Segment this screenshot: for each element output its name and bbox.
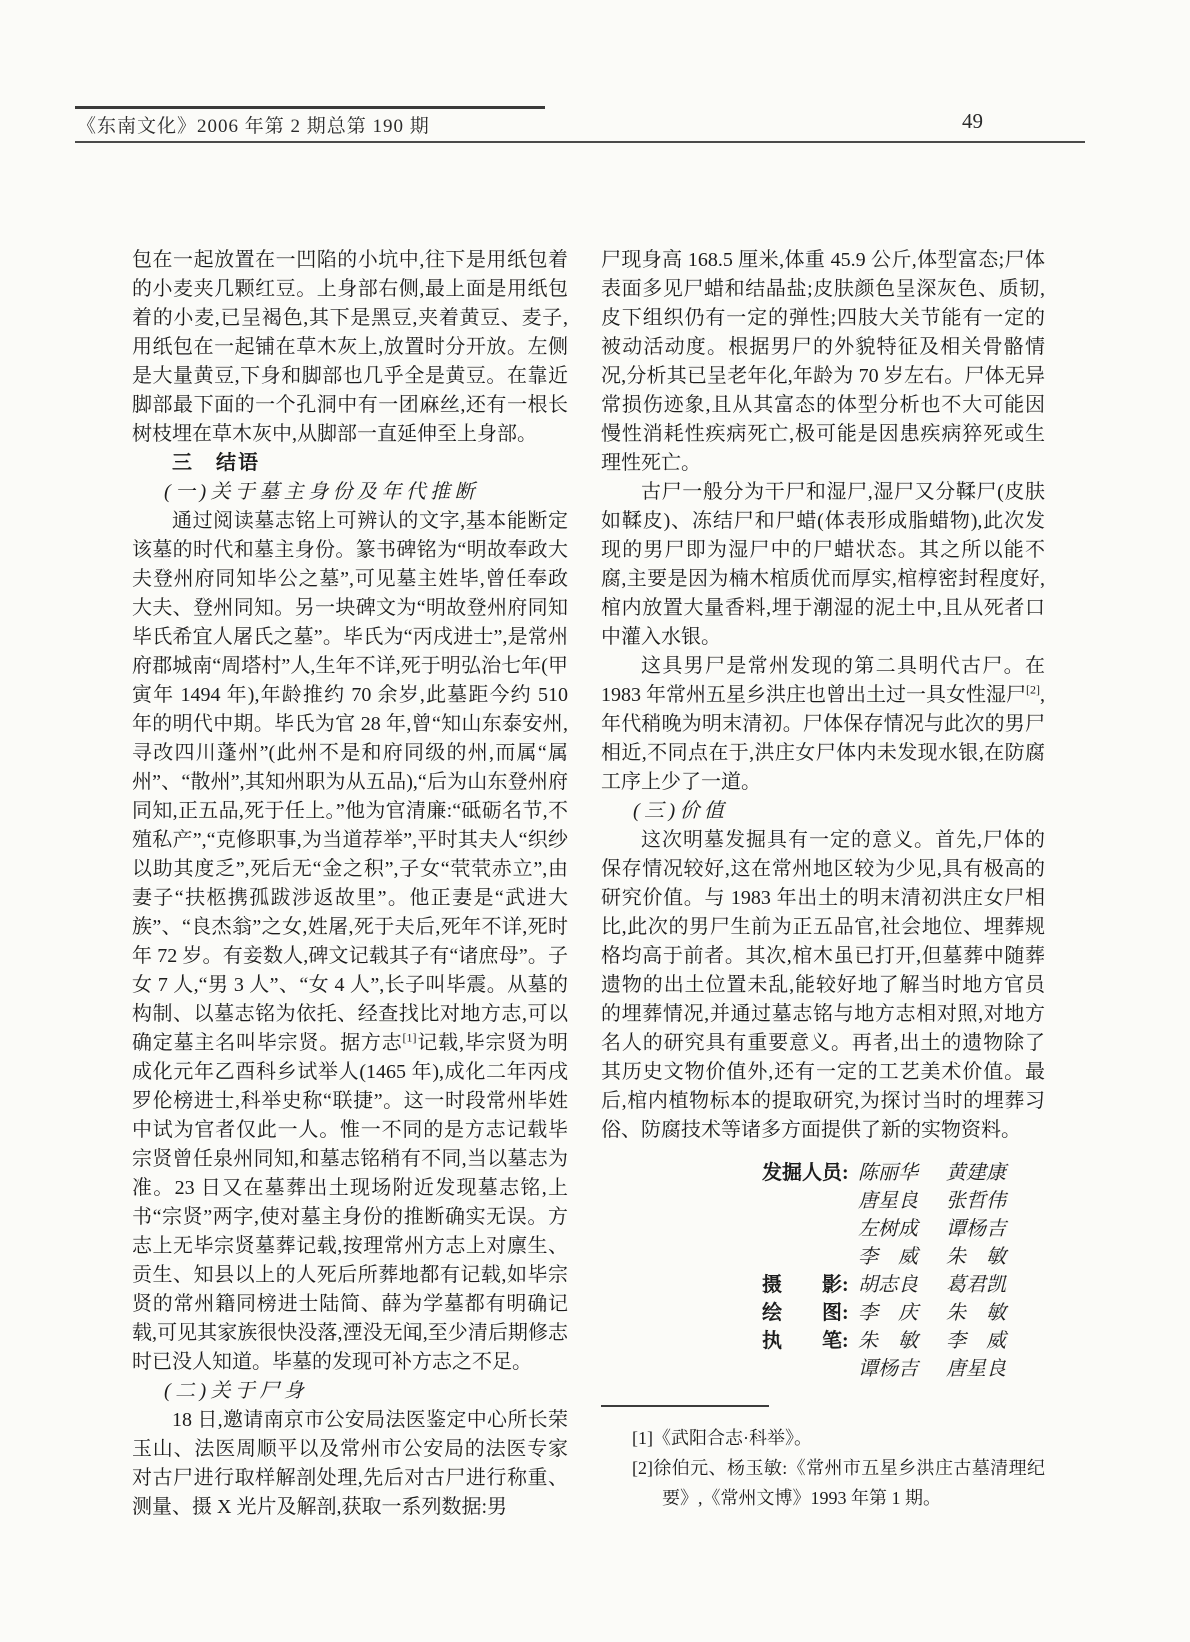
footnote-reference: [2] [1026,682,1040,696]
text-run: 通过阅读墓志铭上可辨认的文字,基本能断定该墓的时代和墓主身份。篆书碑铭为“明故奉… [132,510,568,1054]
credits-block: 发掘人员:陈丽华黄建康唐星良张哲伟左树成谭杨吉李 威朱 敏摄 影:胡志良葛君凯绘… [762,1159,1045,1383]
credit-person-name: 陈丽华 [858,1159,924,1187]
credit-row: 绘 图:李 庆朱 敏 [762,1299,1045,1327]
journal-issue-info: 《东南文化》2006 年第 2 期总第 190 期 [77,111,430,138]
text-run: (一)关于墓主身份及年代推断 [164,481,479,503]
credit-person-name: 葛君凯 [946,1271,1012,1299]
credit-person-name: 李 庆 [858,1299,924,1327]
credit-row: 左树成谭杨吉 [762,1215,1045,1243]
credit-person-name: 李 威 [946,1327,1012,1355]
footnote-separator-rule [601,1405,769,1407]
subsection-heading: (一)关于墓主身份及年代推断 [132,478,568,507]
credit-person-name: 朱 敏 [946,1243,1012,1271]
page-number: 49 [962,109,983,134]
header-bottom-rule [75,141,1085,143]
credit-role-label: 执 笔: [762,1327,858,1355]
credit-person-name: 黄建康 [946,1159,1012,1187]
column-right: 尸现身高 168.5 厘米,体重 45.9 公斤,体型富态;尸体表面多见尸蜡和结… [601,246,1045,1513]
section-heading: 三 结语 [132,449,568,478]
credit-role-label [762,1243,858,1271]
credit-role-label: 摄 影: [762,1271,858,1299]
text-run: 这次明墓发掘具有一定的意义。首先,尸体的保存情况较好,这在常州地区较为少见,具有… [601,829,1045,1141]
text-run: 包在一起放置在一凹陷的小坑中,往下是用纸包着的小麦夹几颗红豆。上身部右侧,最上面… [132,249,568,445]
credit-person-name: 唐星良 [946,1355,1012,1383]
paragraph: 尸现身高 168.5 厘米,体重 45.9 公斤,体型富态;尸体表面多见尸蜡和结… [601,246,1045,478]
text-run: 18 日,邀请南京市公安局法医鉴定中心所长荣玉山、法医周顺平以及常州市公安局的法… [132,1409,568,1518]
credit-person-name: 李 威 [858,1243,924,1271]
subsection-heading: (二)关于尸身 [132,1377,568,1406]
credit-role-label [762,1187,858,1215]
credit-row: 李 威朱 敏 [762,1243,1045,1271]
credit-role-label: 发掘人员: [762,1159,858,1187]
credit-person-name: 朱 敏 [858,1327,924,1355]
credit-role-label: 绘 图: [762,1299,858,1327]
credit-person-name: 胡志良 [858,1271,924,1299]
text-run: (三)价值 [633,800,728,822]
subsection-heading: (三)价值 [601,797,1045,826]
credit-row: 摄 影:胡志良葛君凯 [762,1271,1045,1299]
credit-person-name: 唐星良 [858,1187,924,1215]
credit-person-name: 张哲伟 [946,1187,1012,1215]
credit-row: 谭杨吉唐星良 [762,1355,1045,1383]
credit-role-label [762,1215,858,1243]
paragraph: 18 日,邀请南京市公安局法医鉴定中心所长荣玉山、法医周顺平以及常州市公安局的法… [132,1406,568,1522]
credit-person-name: 朱 敏 [946,1299,1012,1327]
paragraph: 这次明墓发掘具有一定的意义。首先,尸体的保存情况较好,这在常州地区较为少见,具有… [601,826,1045,1145]
credit-row: 唐星良张哲伟 [762,1187,1045,1215]
paragraph: 包在一起放置在一凹陷的小坑中,往下是用纸包着的小麦夹几颗红豆。上身部右侧,最上面… [132,246,568,449]
header-top-rule [75,106,545,109]
text-run: 记载,毕宗贤为明成化元年乙酉科乡试举人(1465 年),成化二年丙戌罗伦榜进士,… [132,1032,568,1373]
credit-row: 发掘人员:陈丽华黄建康 [762,1159,1045,1187]
journal-page: 《东南文化》2006 年第 2 期总第 190 期 49 包在一起放置在一凹陷的… [0,0,1190,1642]
footnote: [2]徐伯元、杨玉敏:《常州市五星乡洪庄古墓清理纪要》,《常州文博》1993 年… [632,1453,1045,1513]
credit-person-name: 左树成 [858,1215,924,1243]
text-run: 尸现身高 168.5 厘米,体重 45.9 公斤,体型富态;尸体表面多见尸蜡和结… [601,249,1045,474]
credit-role-label [762,1355,858,1383]
text-run: 三 结语 [172,452,260,474]
footnote: [1]《武阳合志·科举》。 [632,1423,1045,1453]
credit-row: 执 笔:朱 敏李 威 [762,1327,1045,1355]
column-left: 包在一起放置在一凹陷的小坑中,往下是用纸包着的小麦夹几颗红豆。上身部右侧,最上面… [132,246,568,1522]
paragraph: 这具男尸是常州发现的第二具明代古尸。在 1983 年常州五星乡洪庄也曾出土过一具… [601,652,1045,797]
footnotes-block: [1]《武阳合志·科举》。[2]徐伯元、杨玉敏:《常州市五星乡洪庄古墓清理纪要》… [601,1423,1045,1513]
paragraph: 通过阅读墓志铭上可辨认的文字,基本能断定该墓的时代和墓主身份。篆书碑铭为“明故奉… [132,507,568,1377]
column-right-text: 尸现身高 168.5 厘米,体重 45.9 公斤,体型富态;尸体表面多见尸蜡和结… [601,246,1045,1145]
text-run: 这具男尸是常州发现的第二具明代古尸。在 1983 年常州五星乡洪庄也曾出土过一具… [601,655,1045,706]
footnote-reference: [1] [403,1030,417,1044]
text-run: (二)关于尸身 [164,1380,308,1402]
text-run: 古尸一般分为干尸和湿尸,湿尸又分鞣尸(皮肤如鞣皮)、冻结尸和尸蜡(体表形成脂蜡物… [601,481,1045,648]
credit-person-name: 谭杨吉 [946,1215,1012,1243]
credit-person-name: 谭杨吉 [858,1355,924,1383]
paragraph: 古尸一般分为干尸和湿尸,湿尸又分鞣尸(皮肤如鞣皮)、冻结尸和尸蜡(体表形成脂蜡物… [601,478,1045,652]
